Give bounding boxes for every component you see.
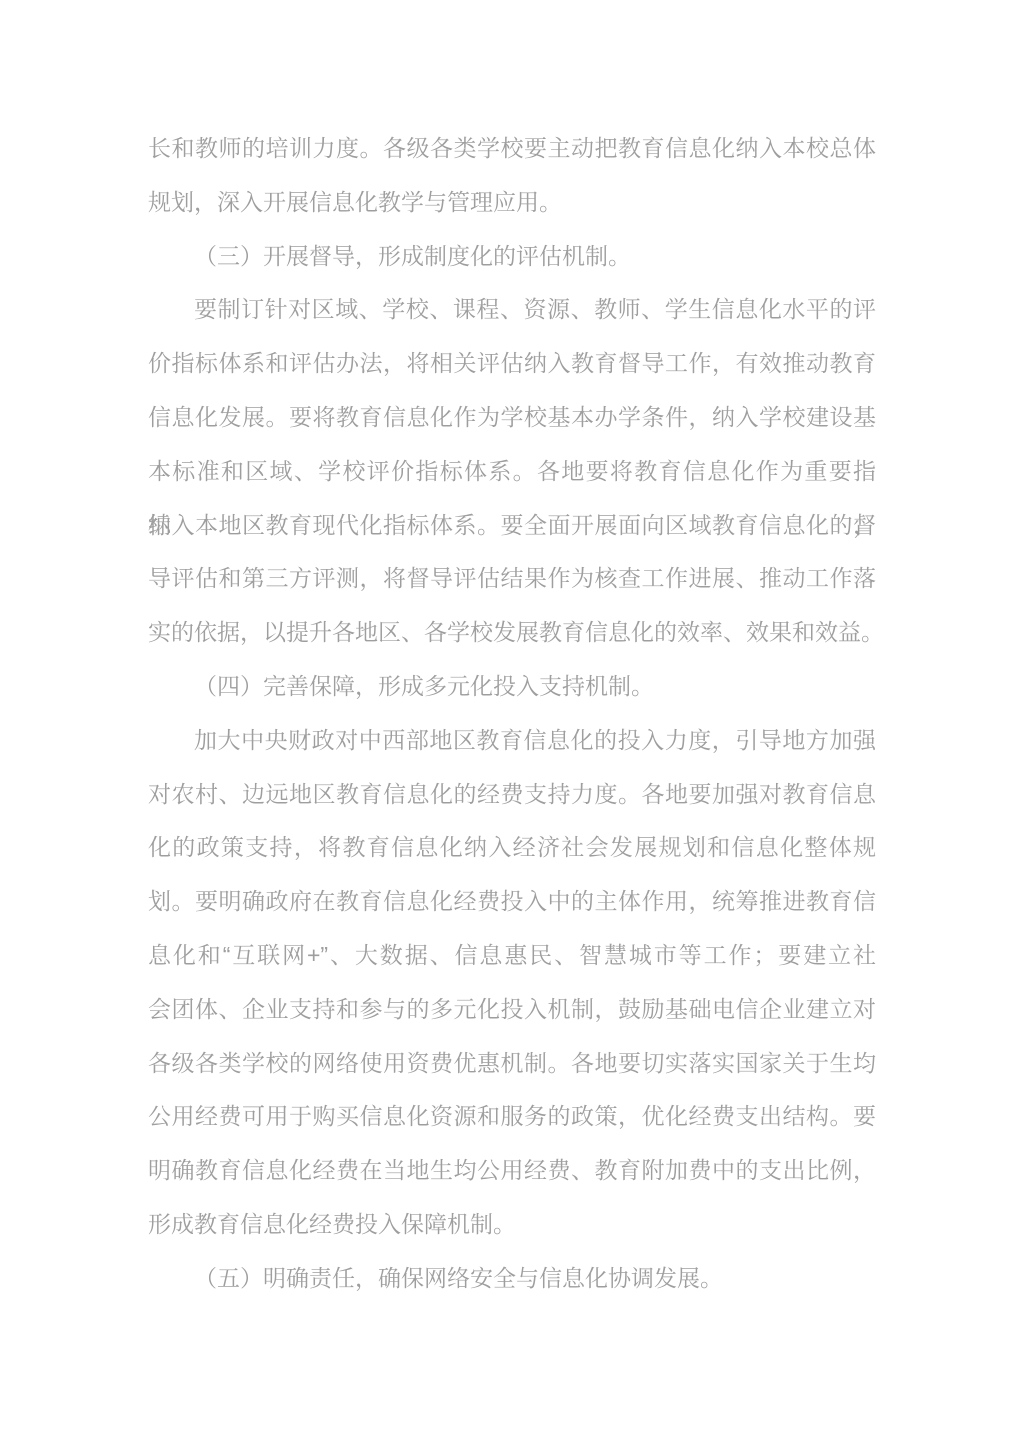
text-line: 长和教师的培训力度。各级各类学校要主动把教育信息化纳入本校总体 [148, 122, 876, 176]
text-line: 息化和“互联网+”、大数据、信息惠民、智慧城市等工作；要建立社 [148, 929, 876, 983]
text-line: 要制订针对区域、学校、课程、资源、教师、学生信息化水平的评 [148, 283, 876, 337]
text-line: 对农村、边远地区教育信息化的经费支持力度。各地要加强对教育信息 [148, 768, 876, 822]
document-page: 长和教师的培训力度。各级各类学校要主动把教育信息化纳入本校总体规划，深入开展信息… [0, 0, 1024, 1448]
text-line: 明确教育信息化经费在当地生均公用经费、教育附加费中的支出比例， [148, 1144, 876, 1198]
document-body: 长和教师的培训力度。各级各类学校要主动把教育信息化纳入本校总体规划，深入开展信息… [148, 122, 876, 1306]
text-line: 纳入本地区教育现代化指标体系。要全面开展面向区域教育信息化的督 [148, 499, 876, 553]
text-line: 化的政策支持，将教育信息化纳入经济社会发展规划和信息化整体规 [148, 821, 876, 875]
text-line: 信息化发展。要将教育信息化作为学校基本办学条件，纳入学校建设基 [148, 391, 876, 445]
text-line: （三）开展督导，形成制度化的评估机制。 [148, 230, 876, 284]
text-line: 划。要明确政府在教育信息化经费投入中的主体作用，统筹推进教育信 [148, 875, 876, 929]
text-line: 实的依据，以提升各地区、各学校发展教育信息化的效率、效果和效益。 [148, 606, 876, 660]
text-line: 形成教育信息化经费投入保障机制。 [148, 1198, 876, 1252]
text-line: 公用经费可用于购买信息化资源和服务的政策，优化经费支出结构。要 [148, 1090, 876, 1144]
text-line: 本标准和区域、学校评价指标体系。各地要将教育信息化作为重要指标， [148, 445, 876, 499]
text-line: 价指标体系和评估办法，将相关评估纳入教育督导工作，有效推动教育 [148, 337, 876, 391]
text-line: 各级各类学校的网络使用资费优惠机制。各地要切实落实国家关于生均 [148, 1037, 876, 1091]
text-line: 会团体、企业支持和参与的多元化投入机制，鼓励基础电信企业建立对 [148, 983, 876, 1037]
text-line: （五）明确责任，确保网络安全与信息化协调发展。 [148, 1252, 876, 1306]
text-line: 规划，深入开展信息化教学与管理应用。 [148, 176, 876, 230]
text-line: 加大中央财政对中西部地区教育信息化的投入力度，引导地方加强 [148, 714, 876, 768]
text-line: （四）完善保障，形成多元化投入支持机制。 [148, 660, 876, 714]
text-line: 导评估和第三方评测，将督导评估结果作为核查工作进展、推动工作落 [148, 552, 876, 606]
